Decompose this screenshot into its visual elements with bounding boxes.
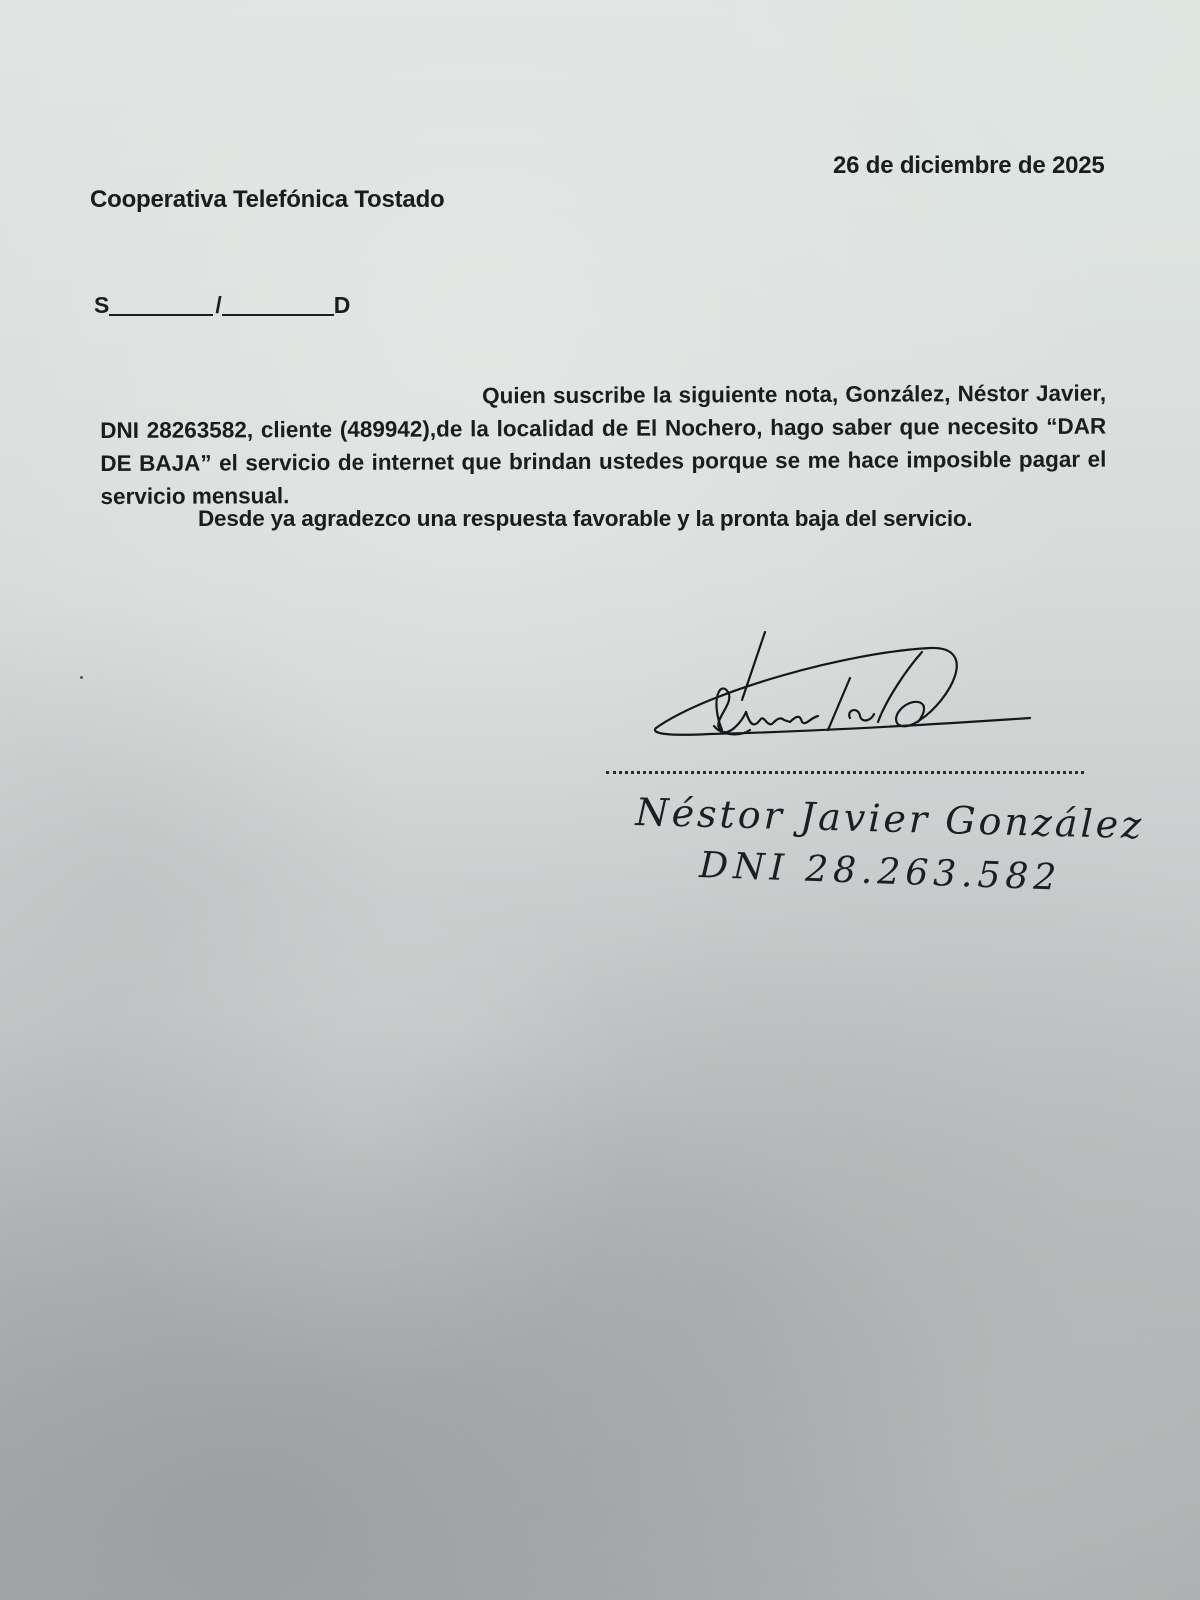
signature-line — [606, 771, 1084, 774]
handwritten-signer-dni: DNI 28.263.582 — [699, 845, 1062, 899]
salutation-line: S / D — [94, 292, 350, 319]
paper-sheet: 26 de diciembre de 2025 Cooperativa Tele… — [0, 0, 1200, 1600]
paper-speck — [80, 676, 83, 679]
letter-date: 26 de diciembre de 2025 — [833, 152, 1105, 180]
signature-scribble — [650, 630, 1070, 760]
body-paragraph: Quien suscribe la siguiente nota, Gonzál… — [100, 376, 1107, 512]
salutation-start: S — [94, 292, 109, 319]
salutation-end: D — [334, 292, 351, 319]
salutation-blank — [109, 314, 213, 316]
salutation-blank — [222, 314, 334, 316]
handwritten-signer-name: Néstor Javier González — [635, 790, 1145, 847]
closing-line: Desde ya agradezco una respuesta favorab… — [198, 506, 972, 532]
recipient-name: Cooperativa Telefónica Tostado — [90, 186, 445, 214]
